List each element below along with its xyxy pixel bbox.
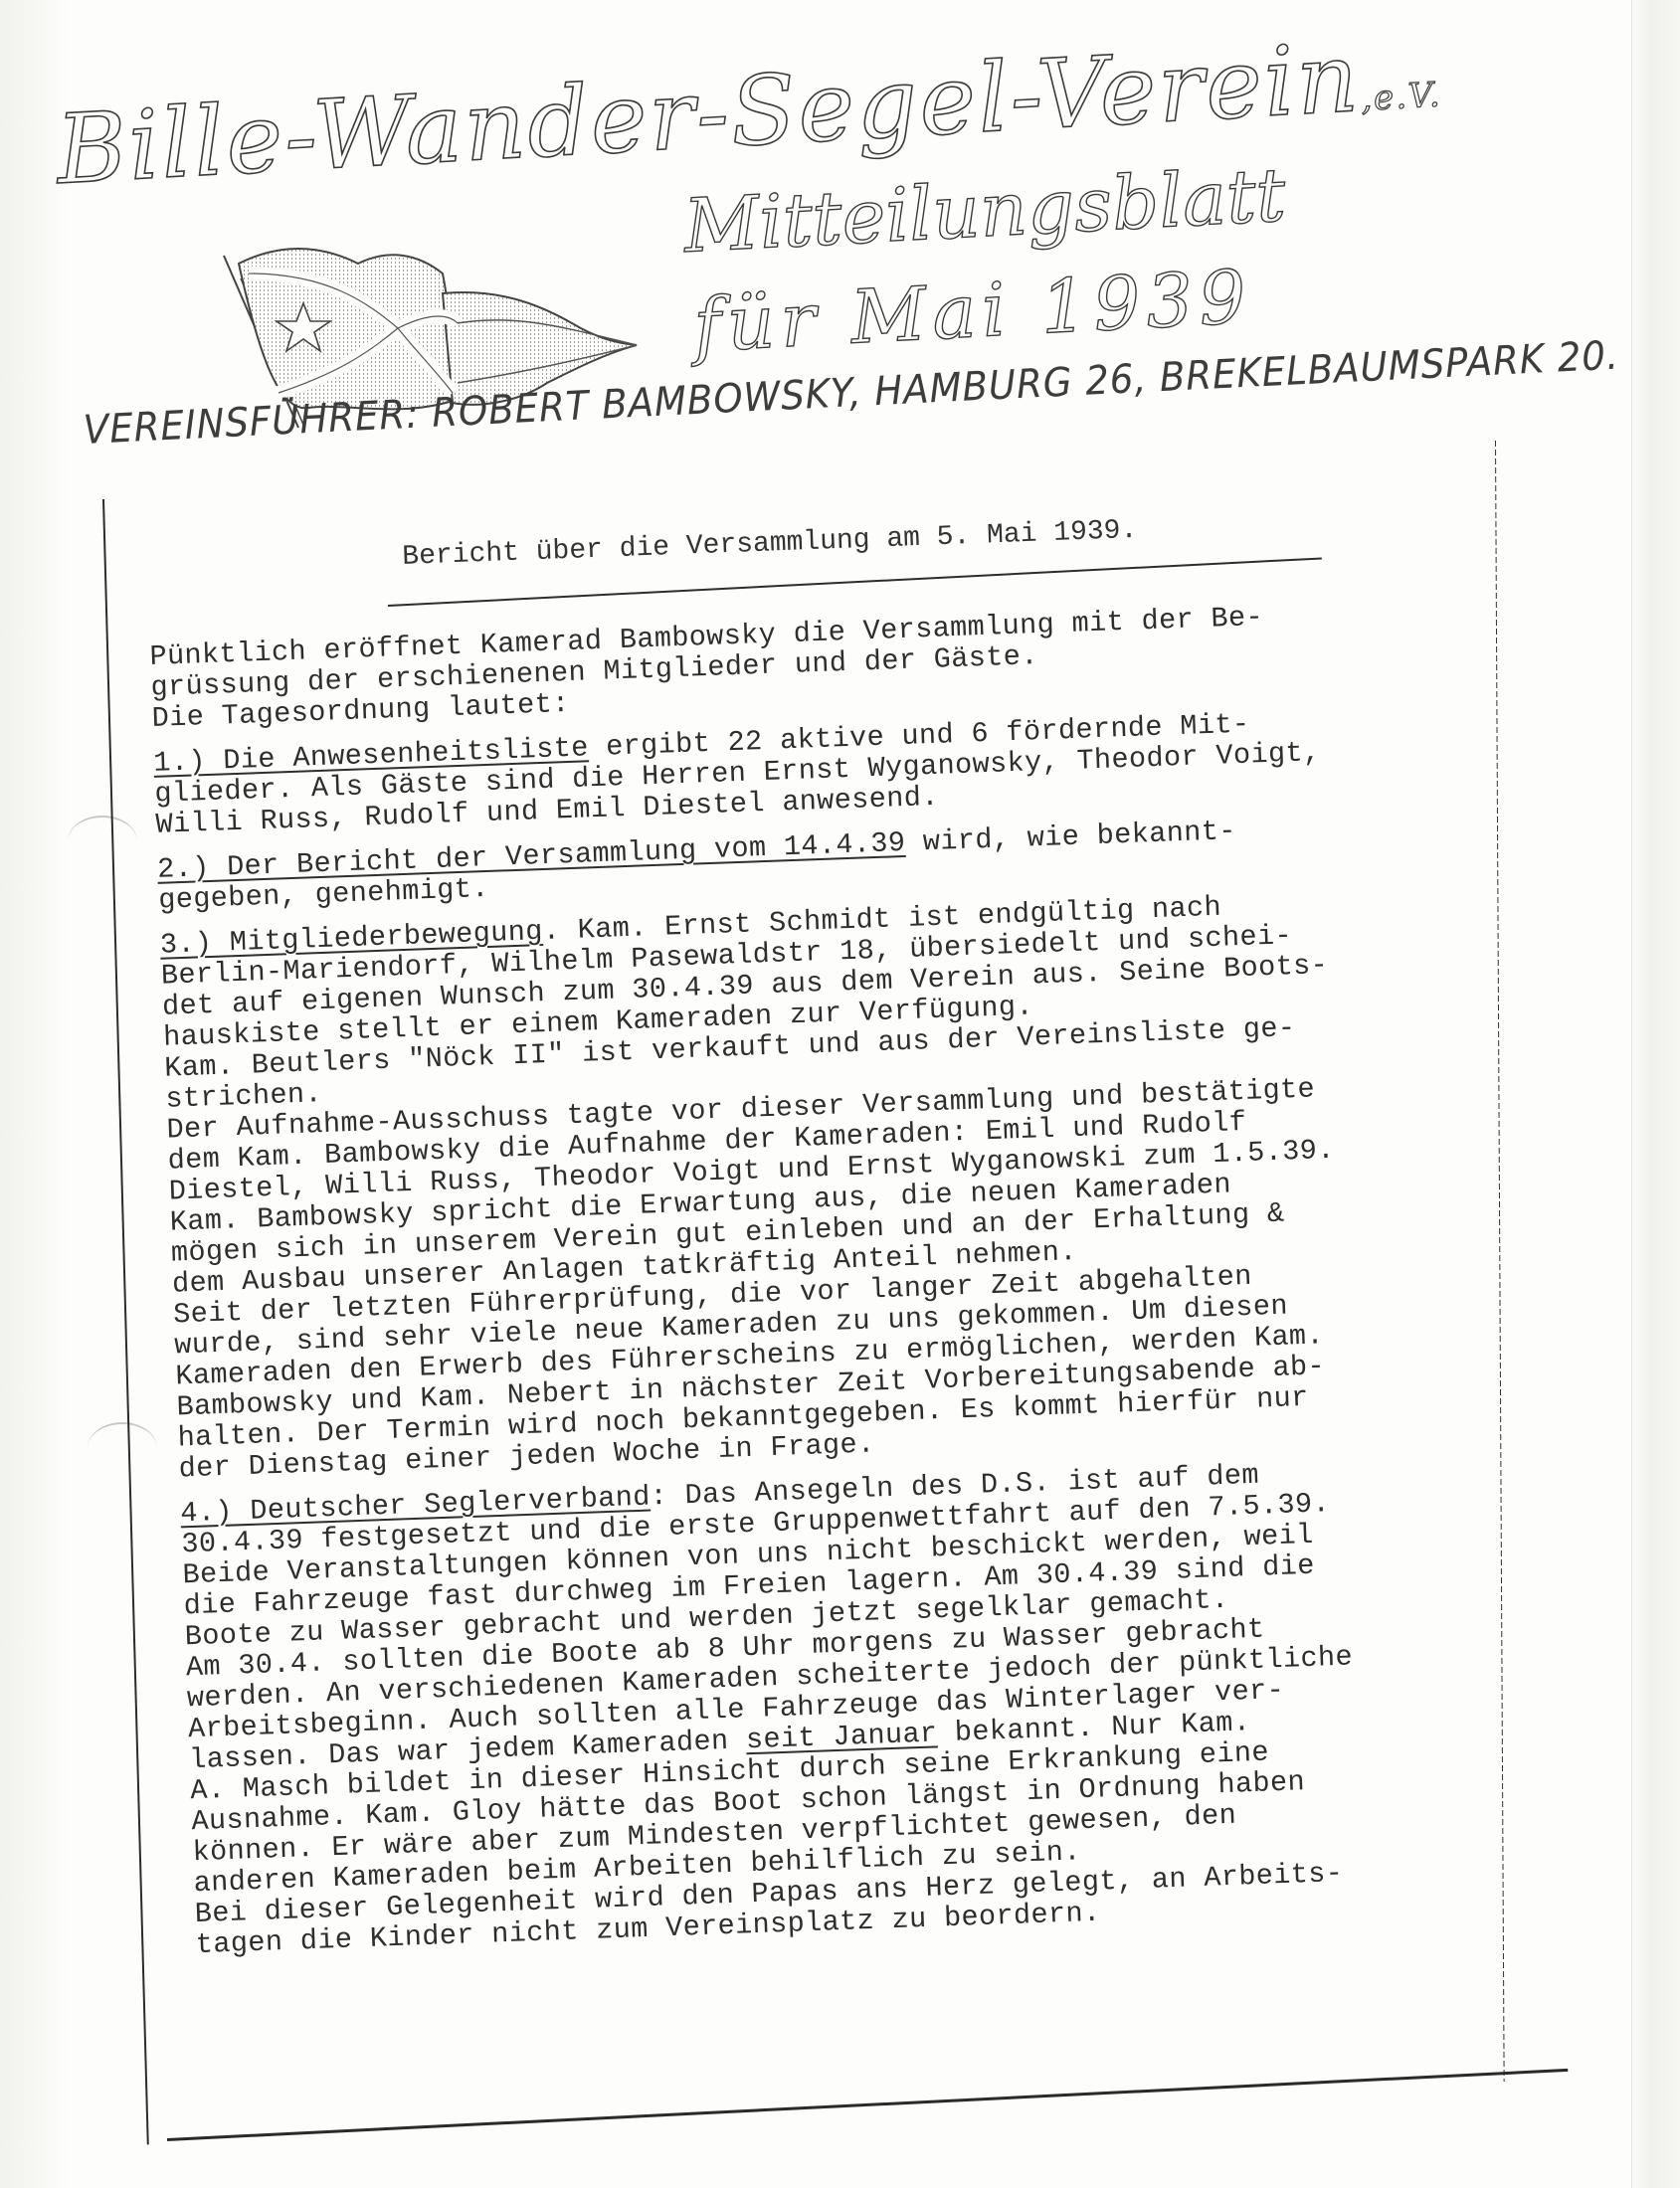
punch-hole-mark xyxy=(68,816,137,867)
club-suffix: ,e.V. xyxy=(1360,75,1442,118)
newsletter-issue: für Mai 1939 xyxy=(691,255,1253,369)
punch-hole-mark xyxy=(88,1422,157,1474)
newsletter-title: Mitteilungsblatt xyxy=(681,152,1287,270)
report-body: Pünktlich eröffnet Kamerad Bambowsky die… xyxy=(149,592,1588,1960)
frame-border-left xyxy=(102,499,149,2144)
frame-border-bottom xyxy=(167,2069,1568,2141)
scan-page-edge-right xyxy=(1631,0,1680,2188)
scan-page-edge-left xyxy=(0,0,70,2188)
report-title: Bericht über die Versammlung am 5. Mai 1… xyxy=(402,515,1138,573)
